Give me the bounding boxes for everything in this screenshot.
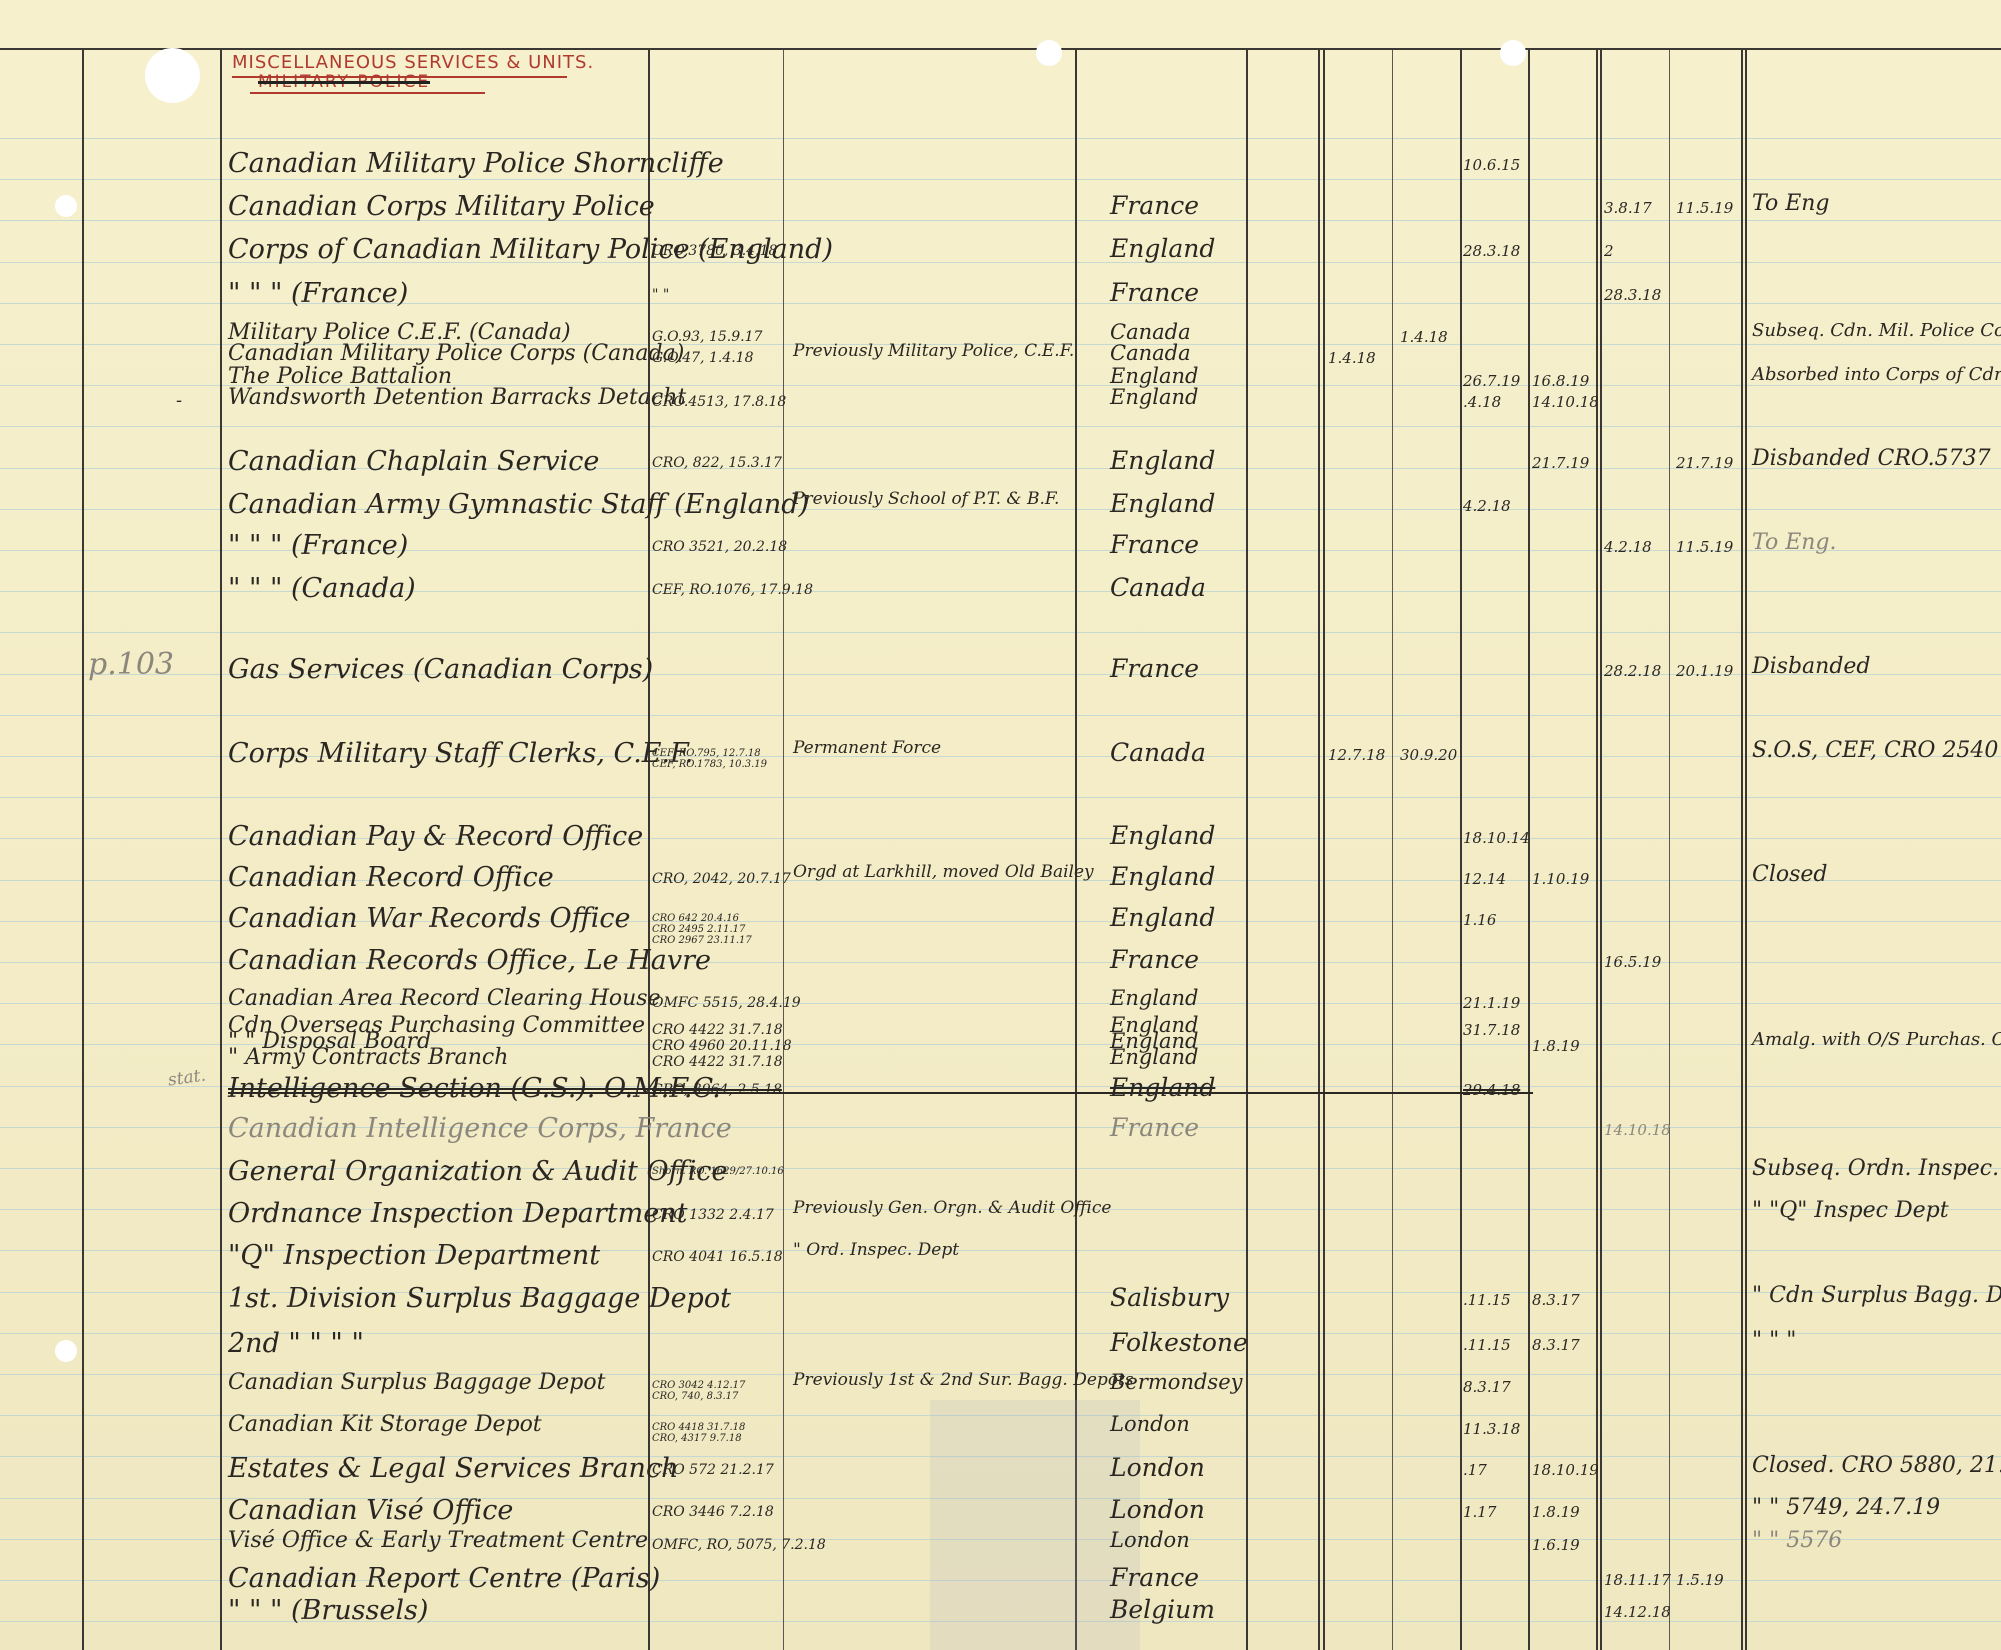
row-remarks-prev: Previously Military Police, C.E.F. bbox=[793, 343, 1074, 360]
row-remarks: " " 5576 bbox=[1752, 1530, 1842, 1552]
row-unit: Gas Services (Canadian Corps) bbox=[228, 656, 653, 683]
row-location: France bbox=[1110, 947, 1199, 972]
row-remarks-prev: Previously Gen. Orgn. & Audit Office bbox=[793, 1200, 1111, 1217]
row-remarks: To Eng bbox=[1752, 193, 1830, 215]
row-d4: 1.10.19 bbox=[1532, 872, 1589, 887]
row-d4: 1.8.19 bbox=[1532, 1039, 1580, 1054]
row-location: England bbox=[1110, 448, 1215, 473]
row-unit: " Army Contracts Branch bbox=[228, 1047, 508, 1069]
row-d4: 8.3.17 bbox=[1532, 1338, 1580, 1353]
row-remarks: " Cdn Surplus Bagg. Depot bbox=[1752, 1285, 2001, 1307]
row-remarks: " " 5749, 24.7.19 bbox=[1752, 1497, 1940, 1519]
row-d6: 20.1.19 bbox=[1676, 664, 1733, 679]
row-location: Canada bbox=[1110, 740, 1206, 765]
row-location: France bbox=[1110, 193, 1199, 218]
column-divider bbox=[1741, 50, 1743, 1650]
column-divider bbox=[220, 50, 222, 1650]
row-unit: 2nd " " " " bbox=[228, 1330, 364, 1357]
row-remarks-prev: Previously School of P.T. & B.F. bbox=[793, 491, 1059, 508]
row-unit: Corps Military Staff Clerks, C.E.F. bbox=[228, 740, 693, 767]
row-location: London bbox=[1110, 1497, 1205, 1522]
column-divider bbox=[1528, 50, 1530, 1650]
column-divider bbox=[1246, 50, 1248, 1650]
row-unit: " " " (France) bbox=[228, 280, 408, 307]
row-location: Canada bbox=[1110, 322, 1191, 343]
row-unit: Visé Office & Early Treatment Centre bbox=[228, 1530, 648, 1552]
row-authority: OMFC 5515, 28.4.19 bbox=[652, 996, 801, 1010]
row-remarks: " " " bbox=[1752, 1330, 1796, 1352]
ruling-line bbox=[0, 632, 2001, 633]
row-authority: CRO, 3964, 2.5.18 bbox=[652, 1083, 782, 1097]
row-d6: 11.5.19 bbox=[1676, 540, 1733, 555]
row-d5: 28.3.18 bbox=[1604, 288, 1661, 303]
row-d4: 21.7.19 bbox=[1532, 456, 1589, 471]
row-location: Canada bbox=[1110, 575, 1206, 600]
row-d5: 16.5.19 bbox=[1604, 955, 1661, 970]
row-remarks: To Eng. bbox=[1752, 532, 1837, 554]
row-d2: 30.9.20 bbox=[1400, 748, 1457, 763]
row-authority: CRO 4422 31.7.18 bbox=[652, 1055, 783, 1069]
row-authority: G.O.47, 1.4.18 bbox=[652, 351, 754, 365]
row-authority: CRO.4513, 17.8.18 bbox=[652, 395, 786, 409]
row-remarks: Absorbed into Corps of Cdn. M.P. bbox=[1752, 366, 2001, 384]
page-reference-note: p.103 bbox=[88, 650, 174, 680]
row-authority: CRO 642 20.4.16 CRO 2495 2.11.17 CRO 296… bbox=[652, 913, 752, 946]
row-d4: 8.3.17 bbox=[1532, 1293, 1580, 1308]
row-d3: 21.1.19 bbox=[1463, 996, 1520, 1011]
row-d4: 18.10.19 bbox=[1532, 1463, 1599, 1478]
row-authority: CRO 1332 2.4.17 bbox=[652, 1208, 774, 1222]
row-authority: OMFC, RO, 5075, 7.2.18 bbox=[652, 1538, 826, 1552]
row-location: London bbox=[1110, 1455, 1205, 1480]
struck-title-underline bbox=[250, 92, 485, 94]
row-d2: 1.4.18 bbox=[1400, 330, 1448, 345]
row-unit: " " " (Canada) bbox=[228, 575, 416, 602]
row-d3: 8.3.17 bbox=[1463, 1380, 1511, 1395]
row-location: England bbox=[1110, 1075, 1215, 1100]
row-d5: 14.10.18 bbox=[1604, 1123, 1671, 1138]
row-location: France bbox=[1110, 280, 1199, 305]
binder-hole bbox=[1500, 40, 1526, 66]
row-unit: Canadian Report Centre (Paris) bbox=[228, 1565, 660, 1592]
column-divider bbox=[648, 50, 650, 1650]
row-location: England bbox=[1110, 905, 1215, 930]
row-unit: " " " (France) bbox=[228, 532, 408, 559]
dash-mark: - bbox=[176, 392, 182, 410]
column-divider bbox=[1669, 50, 1670, 1650]
row-unit: 1st. Division Surplus Baggage Depot bbox=[228, 1285, 731, 1312]
row-location: England bbox=[1110, 387, 1199, 408]
row-d3: .11.15 bbox=[1463, 1293, 1511, 1308]
row-authority: " " bbox=[652, 288, 669, 302]
row-location: England bbox=[1110, 236, 1215, 261]
row-authority: CRO 4422 31.7.18 bbox=[652, 1023, 783, 1037]
ledger-page: MISCELLANEOUS SERVICES & UNITS. MILITARY… bbox=[0, 0, 2001, 1650]
row-unit: Wandsworth Detention Barracks Detacht bbox=[228, 387, 686, 409]
column-divider bbox=[82, 50, 84, 1650]
column-divider bbox=[1745, 50, 1747, 1650]
column-divider bbox=[1392, 50, 1393, 1650]
row-authority: CRO 3446 7.2.18 bbox=[652, 1505, 774, 1519]
row-d5: 28.2.18 bbox=[1604, 664, 1661, 679]
row-d4: 1.6.19 bbox=[1532, 1538, 1580, 1553]
row-remarks-prev: " Ord. Inspec. Dept bbox=[793, 1242, 959, 1259]
row-location: England bbox=[1110, 864, 1215, 889]
row-remarks: Subseq. Ordn. Inspec. Dept bbox=[1752, 1158, 2001, 1180]
row-unit: Canadian Chaplain Service bbox=[228, 448, 599, 475]
row-remarks-prev: Previously 1st & 2nd Sur. Bagg. Depots bbox=[793, 1372, 1134, 1389]
row-remarks: S.O.S, CEF, CRO 2540 30.9.20. bbox=[1752, 740, 2001, 762]
binder-hole bbox=[55, 195, 77, 217]
row-d3: 4.2.18 bbox=[1463, 499, 1511, 514]
row-unit: Canadian Pay & Record Office bbox=[228, 823, 643, 850]
strikethrough-line bbox=[258, 81, 430, 84]
row-d3: 18.10.14 bbox=[1463, 831, 1530, 846]
row-authority: CRO, 822, 15.3.17 bbox=[652, 456, 782, 470]
row-unit: Canadian Intelligence Corps, France bbox=[228, 1115, 732, 1142]
row-remarks: Subseq. Cdn. Mil. Police Corps bbox=[1752, 322, 2001, 340]
row-location: England bbox=[1110, 823, 1215, 848]
row-d3: 10.6.15 bbox=[1463, 158, 1520, 173]
row-location: Bermondsey bbox=[1110, 1372, 1243, 1393]
row-remarks-prev: Orgd at Larkhill, moved Old Bailey bbox=[793, 864, 1094, 881]
row-authority: CEF, RO.1076, 17.9.18 bbox=[652, 583, 813, 597]
row-location: England bbox=[1110, 366, 1199, 387]
row-location: Belgium bbox=[1110, 1597, 1215, 1622]
row-remarks: Closed. CRO 5880, 21.10.19 bbox=[1752, 1455, 2001, 1477]
row-d3: 28.3.18 bbox=[1463, 244, 1520, 259]
row-location: Folkestone bbox=[1110, 1330, 1248, 1355]
row-unit: " " " (Brussels) bbox=[228, 1597, 428, 1624]
row-location: France bbox=[1110, 532, 1199, 557]
ruling-line bbox=[0, 179, 2001, 180]
row-remarks: Closed bbox=[1752, 864, 1828, 886]
row-unit: Canadian Army Gymnastic Staff (England) bbox=[228, 491, 809, 518]
row-location: London bbox=[1110, 1414, 1190, 1435]
row-d3: 26.7.19 bbox=[1463, 374, 1520, 389]
row-unit: Canadian Visé Office bbox=[228, 1497, 513, 1524]
row-d5: 14.12.18 bbox=[1604, 1605, 1671, 1620]
row-authority: CRO 572 21.2.17 bbox=[652, 1463, 774, 1477]
row-unit: Canadian Military Police Shorncliffe bbox=[228, 150, 724, 177]
row-d3: .4.18 bbox=[1463, 395, 1501, 410]
paper-stain bbox=[930, 1400, 1140, 1650]
row-d3: 31.7.18 bbox=[1463, 1023, 1520, 1038]
ruling-line bbox=[0, 426, 2001, 427]
row-authority: Shorn. RO. 1629/27.10.16 bbox=[652, 1166, 784, 1177]
row-d6: 1.5.19 bbox=[1676, 1573, 1724, 1588]
column-divider bbox=[783, 50, 784, 1650]
row-d3: 12.14 bbox=[1463, 872, 1506, 887]
row-remarks: " "Q" Inspec Dept bbox=[1752, 1200, 1949, 1222]
column-divider bbox=[1460, 50, 1462, 1650]
binder-hole bbox=[1036, 40, 1062, 66]
top-rule bbox=[0, 48, 2001, 50]
row-d5: 2 bbox=[1604, 244, 1614, 259]
row-d5: 4.2.18 bbox=[1604, 540, 1652, 555]
row-unit: Canadian Record Office bbox=[228, 864, 554, 891]
column-divider bbox=[1318, 50, 1320, 1650]
row-location: France bbox=[1110, 1565, 1199, 1590]
row-unit: Canadian War Records Office bbox=[228, 905, 631, 932]
struck-section-title: MILITARY POLICE bbox=[258, 72, 430, 92]
binder-hole bbox=[145, 48, 200, 103]
row-location: France bbox=[1110, 1115, 1199, 1140]
row-location: England bbox=[1110, 988, 1199, 1009]
row-unit: "Q" Inspection Department bbox=[228, 1242, 600, 1269]
ruling-line bbox=[0, 138, 2001, 139]
binder-hole bbox=[55, 1340, 77, 1362]
row-location: London bbox=[1110, 1530, 1190, 1551]
row-d3: 29.4.18 bbox=[1463, 1083, 1520, 1098]
ruling-line bbox=[0, 797, 2001, 798]
row-authority: CRO, 2042, 20.7.17 bbox=[652, 872, 791, 886]
strikethrough-line bbox=[228, 1092, 1533, 1094]
row-unit: Canadian Military Police Corps (Canada) bbox=[228, 343, 684, 365]
row-d5: 3.8.17 bbox=[1604, 201, 1652, 216]
row-unit: Ordnance Inspection Department bbox=[228, 1200, 687, 1227]
row-d4: 1.8.19 bbox=[1532, 1505, 1580, 1520]
row-d4: 16.8.19 bbox=[1532, 374, 1589, 389]
row-location: France bbox=[1110, 656, 1199, 681]
row-unit: Canadian Records Office, Le Havre bbox=[228, 947, 711, 974]
row-authority: CRO 3042 4.12.17 CRO, 740, 8.3.17 bbox=[652, 1380, 745, 1402]
row-location: England bbox=[1110, 491, 1215, 516]
row-authority: CRO 4418 31.7.18 CRO, 4317 9.7.18 bbox=[652, 1422, 745, 1444]
row-d6: 21.7.19 bbox=[1676, 456, 1733, 471]
column-divider bbox=[1596, 50, 1598, 1650]
row-unit: Estates & Legal Services Branch bbox=[228, 1455, 678, 1482]
row-d5: 18.11.17 bbox=[1604, 1573, 1671, 1588]
row-unit: Intelligence Section (G.S.). O.M.F.C. bbox=[228, 1075, 721, 1102]
row-authority: CEF, RO.795, 12.7.18 CEF, RO.1783, 10.3.… bbox=[652, 748, 767, 770]
column-divider bbox=[1323, 50, 1325, 1650]
row-location: Salisbury bbox=[1110, 1285, 1229, 1310]
row-remarks: Amalg. with O/S Purchas. Comm. bbox=[1752, 1031, 2001, 1049]
row-remarks-prev: Permanent Force bbox=[793, 740, 941, 757]
row-remarks: Disbanded bbox=[1752, 656, 1871, 678]
section-title: MISCELLANEOUS SERVICES & UNITS. bbox=[232, 52, 594, 73]
row-authority: CRO,3780, 3.4.18 bbox=[652, 244, 777, 258]
row-authority: CRO 4960 20.11.18 bbox=[652, 1039, 792, 1053]
row-authority: CRO 3521, 20.2.18 bbox=[652, 540, 787, 554]
row-d3: 1.16 bbox=[1463, 913, 1496, 928]
row-d6: 11.5.19 bbox=[1676, 201, 1733, 216]
ruling-line bbox=[0, 715, 2001, 716]
row-d4: 14.10.18 bbox=[1532, 395, 1599, 410]
row-remarks: Disbanded CRO.5737 bbox=[1752, 448, 1991, 470]
row-unit: Canadian Area Record Clearing House bbox=[228, 988, 661, 1010]
column-divider bbox=[1600, 50, 1602, 1650]
row-d1: 12.7.18 bbox=[1328, 748, 1385, 763]
row-unit: Canadian Kit Storage Depot bbox=[228, 1414, 542, 1436]
row-d3: 1.17 bbox=[1463, 1505, 1496, 1520]
row-d3: .17 bbox=[1463, 1463, 1487, 1478]
row-d3: 11.3.18 bbox=[1463, 1422, 1520, 1437]
row-location: Canada bbox=[1110, 343, 1191, 364]
row-d3: .11.15 bbox=[1463, 1338, 1511, 1353]
row-unit: Canadian Corps Military Police bbox=[228, 193, 655, 220]
row-d1: 1.4.18 bbox=[1328, 351, 1376, 366]
row-location: England bbox=[1110, 1047, 1199, 1068]
row-authority: CRO 4041 16.5.18 bbox=[652, 1250, 783, 1264]
row-unit: Canadian Surplus Baggage Depot bbox=[228, 1372, 605, 1394]
